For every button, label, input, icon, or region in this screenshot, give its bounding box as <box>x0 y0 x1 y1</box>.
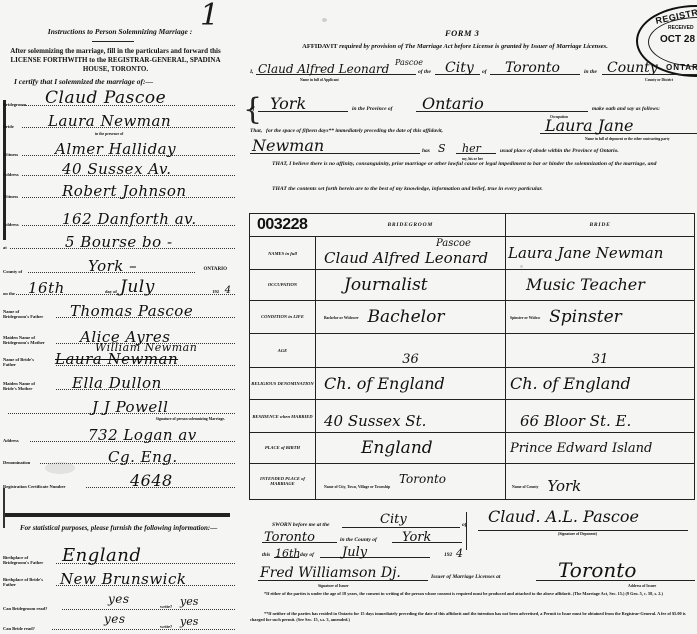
groom-value: England <box>316 433 506 463</box>
bride-cell: Spinster or Widow Spinster <box>506 300 695 333</box>
field-caption: County or District <box>645 78 673 82</box>
field-label: Denomination <box>3 460 45 465</box>
row-label: RESIDENCE when MARRIED <box>250 400 316 433</box>
affidavit-line-residency: That, for the space of fifteen days** im… <box>250 120 697 136</box>
line-text: in the <box>584 69 597 75</box>
field-label: Maiden Name of Bridegroom's Mother <box>3 335 45 345</box>
scan-speck <box>520 265 523 268</box>
row-label: OCCUPATION <box>250 270 316 300</box>
field-address-2: Address 162 Danforth av. <box>0 208 235 228</box>
month-value: July <box>120 277 155 297</box>
field-value: Cg. Eng. <box>108 448 178 466</box>
divider <box>92 41 134 42</box>
certify-statement: I certify that I solemnized the marriage… <box>14 77 153 86</box>
field-value: 4648 <box>130 471 173 490</box>
row-label: NAMES in full <box>250 237 316 270</box>
county-name: York <box>270 94 306 113</box>
affidavit-heading: AFFIDAVIT required by provision of The M… <box>290 42 620 52</box>
place-type: City <box>445 60 474 76</box>
line-text: of <box>250 106 255 112</box>
place-type: City <box>380 512 407 527</box>
row-label: PLACE of BIRTH <box>250 433 316 463</box>
field-value: Ella Dullon <box>72 374 162 392</box>
field-witness-2: Witness Robert Johnson <box>0 180 235 200</box>
county-name: York <box>402 530 431 545</box>
field-bridegroom: Bridegroom Claud Pascoe <box>0 88 235 108</box>
province-label: ONTARIO <box>203 267 227 272</box>
row-label: INTENDED PLACE of MARRIAGE <box>250 463 316 499</box>
bride-value: 31 <box>506 333 695 367</box>
groom-value: Claud Alfred Leonard <box>324 249 488 267</box>
groom-value: Ch. of England <box>316 368 506 400</box>
year-digit: 4 <box>225 285 231 296</box>
field-value: 5 Bourse bo - <box>65 233 173 251</box>
issuer-address: Toronto <box>558 558 636 582</box>
line-text: That, <box>250 128 262 134</box>
affidavit-paragraph-truth: THAT the contents set forth herein are t… <box>250 186 695 193</box>
table-row: AGE 36 31 <box>250 333 695 367</box>
deponent-signature: Claud. A.L. Pascoe <box>488 507 639 526</box>
field-line <box>62 609 235 610</box>
form-number: FORM 3 <box>445 28 479 38</box>
underline <box>342 527 460 528</box>
line-text: in the County of <box>340 537 377 543</box>
affidavit-line-applicant: I, Claud Alfred Leonard Pascoe Name in f… <box>250 61 697 77</box>
groom-value: Journalist <box>316 270 506 300</box>
field-value: York – <box>88 257 137 275</box>
field-officiant-signature: J J Powell Signature of person solemnizi… <box>0 396 235 416</box>
day-value: 16th <box>28 279 65 297</box>
field-value: Thomas Pascoe <box>70 302 193 320</box>
deponent-signature-block: Claud. A.L. Pascoe (Signature of Deponen… <box>478 507 688 537</box>
underline <box>320 557 430 558</box>
handwritten-mark: S <box>438 142 446 155</box>
sworn-row-2: Toronto in the County of York <box>262 531 472 545</box>
table-row: OCCUPATION Journalist Music Teacher <box>250 270 695 300</box>
line-text: has <box>422 148 430 154</box>
groom-value: 36 <box>316 333 506 367</box>
cell-caption: Name of City, Town, Village or Township <box>324 485 390 489</box>
affidavit-heading-text: required by provision of The Marriage Ac… <box>339 43 608 50</box>
line-text: make oath and say as follows: <box>592 106 660 112</box>
line-text: SWORN before me at the <box>272 522 329 528</box>
field-label: Birthplace of Bridegroom's Father <box>3 555 45 565</box>
cell-caption: Name of County <box>512 485 539 489</box>
field-label: Birthplace of Bride's Father <box>3 577 45 587</box>
field-value: Claud Pascoe <box>45 88 166 108</box>
column-header-bridegroom: BRIDEGROOM <box>316 214 506 237</box>
bride-value: Laura Jane Newman <box>506 237 695 270</box>
field-registration-number: Registration Certificate Number 4648 <box>0 470 235 490</box>
affidavit-line-abode: Newman has S her my, his or her usual pl… <box>250 140 697 156</box>
groom-value: 40 Sussex St. <box>316 400 506 433</box>
field-value: New Brunswick <box>60 570 186 588</box>
row-label: AGE <box>250 333 316 367</box>
field-label: Name of Bride's Father <box>3 357 45 367</box>
field-bride-father-birthplace: Birthplace of Bride's Father New Brunswi… <box>0 568 235 588</box>
field-value: 40 Sussex Av. <box>62 160 171 178</box>
address-caption: Address of Issuer <box>628 584 656 588</box>
field-groom-literacy: Can Bridegroom read? yes write? yes <box>0 592 235 612</box>
bride-value: Prince Edward Island <box>506 433 695 463</box>
sworn-row-1: SWORN before me at the City of <box>262 516 472 530</box>
solemnization-return-panel: 1 Instructions to Person Solemnizing Mar… <box>0 0 245 634</box>
signature-caption: (Signature of Deponent) <box>558 532 597 536</box>
year-digit: 4 <box>456 547 463 560</box>
bride-value: Music Teacher <box>506 270 695 300</box>
footnote-residency: **If neither of the parties has resided … <box>250 611 695 623</box>
city-name: Toronto <box>264 530 315 545</box>
instructions-title: Instructions to Person Solemnizing Marri… <box>30 27 210 36</box>
field-value: Robert Johnson <box>62 182 187 200</box>
issuer-label: Issuer of Marriage Licenses at <box>431 574 500 580</box>
affidavit-heading-bold: AFFIDAVIT <box>302 43 337 50</box>
signature-line <box>478 530 688 531</box>
month-value: July <box>342 545 367 560</box>
line-text: day of <box>300 552 314 558</box>
double-divider <box>5 513 230 517</box>
county-word: County <box>607 60 658 76</box>
bride-value: York <box>547 477 581 495</box>
cell-caption: Spinster or Widow <box>510 316 540 320</box>
field-date: on the 16th day of July 192 4 <box>0 277 235 297</box>
read-value: yes <box>104 612 126 626</box>
field-groom-father: Name of Bridegroom's Father Thomas Pasco… <box>0 300 235 320</box>
field-value: Laura Newman <box>48 112 171 130</box>
day-value: 16th <box>275 547 301 560</box>
groom-cell: Bachelor or Widower Bachelor <box>316 300 506 333</box>
field-bride-literacy: Can Bride read? yes write? yes <box>0 612 235 632</box>
field-value: 162 Danforth av. <box>62 210 197 228</box>
field-witness-1: Witness Almer Halliday <box>0 138 235 158</box>
bride-cell: Name of County York <box>506 463 695 499</box>
field-at: at 5 Bourse bo - <box>0 231 235 251</box>
affidavit-line-county: of York in the Province of Ontario Occup… <box>250 98 697 114</box>
place-name: Toronto <box>505 60 560 76</box>
officiant-signature: J J Powell <box>92 398 168 416</box>
write-value: yes <box>180 595 198 608</box>
table-row: CONDITION in LIFE Bachelor or Widower Ba… <box>250 300 695 333</box>
table-row: RESIDENCE when MARRIED 40 Sussex St. 66 … <box>250 400 695 433</box>
affidavit-paragraph-impediment: THAT, I believe there is no affinity, co… <box>250 161 695 168</box>
field-caption: in the presence of <box>95 132 123 136</box>
day-of-label: day of <box>105 289 117 294</box>
issuer-signature: Fred Williamson Dj. <box>260 565 401 581</box>
table-header-row: 003228 BRIDEGROOM BRIDE <box>250 214 695 237</box>
year-label: 192 <box>212 289 219 294</box>
particulars-table: 003228 BRIDEGROOM BRIDE NAMES in full Pa… <box>249 213 695 500</box>
groom-value: Bachelor <box>368 307 445 327</box>
line-text: I, <box>250 69 254 75</box>
groom-surname-insert: Pascoe <box>436 238 471 249</box>
year-label: 192 <box>444 552 452 558</box>
pronoun: her <box>462 142 481 155</box>
field-denomination: Denomination Cg. Eng. <box>0 446 235 466</box>
scan-smudge <box>45 462 75 474</box>
field-caption: Name in full of Applicant <box>300 78 339 82</box>
other-party-surname: Newman <box>252 136 324 155</box>
bracket <box>466 512 467 550</box>
field-county: County of York – ONTARIO <box>0 255 235 275</box>
field-label: Maiden Name of Bride's Mother <box>3 381 45 391</box>
cell-caption: Bachelor or Widower <box>324 316 359 320</box>
sworn-row-3: this 16th day of July 192 4 <box>262 546 472 560</box>
serial-number: 003228 <box>250 214 316 237</box>
line-text: for the space of fifteen days** immediat… <box>266 128 443 134</box>
province-name: Ontario <box>422 94 484 113</box>
stamp-received: RECEIVED <box>668 25 694 31</box>
scan-speck <box>322 18 327 22</box>
field-line <box>52 629 235 630</box>
groom-cell: Name of City, Town, Village or Township … <box>316 463 506 499</box>
groom-cell: Pascoe Claud Alfred Leonard <box>316 237 506 270</box>
table-row: NAMES in full Pascoe Claud Alfred Leonar… <box>250 237 695 270</box>
applicant-surname-insert: Pascoe <box>395 58 423 67</box>
line-text: this <box>262 552 270 558</box>
applicant-name: Claud Alfred Leonard <box>258 62 389 76</box>
field-bride-father: Name of Bride's Father Laura Newman Will… <box>0 348 235 368</box>
other-party-name: Laura Jane <box>545 116 633 135</box>
field-bride: Bride Laura Newman in the presence of <box>0 110 235 130</box>
statistical-instructions: For statistical purposes, please furnish… <box>20 524 235 533</box>
row-label: RELIGIOUS DENOMINATION <box>250 368 316 400</box>
field-label: Name of Bridegroom's Father <box>3 309 45 319</box>
table-row: INTENDED PLACE of MARRIAGE Name of City,… <box>250 463 695 499</box>
read-value: yes <box>108 592 130 606</box>
table-row: PLACE of BIRTH England Prince Edward Isl… <box>250 433 695 463</box>
field-bride-mother: Maiden Name of Bride's Mother Ella Dullo… <box>0 372 235 392</box>
field-label: Registration Certificate Number <box>3 484 83 489</box>
line-text: in the Province of <box>352 106 392 112</box>
field-officiant-address: Address 732 Logan av <box>0 424 235 444</box>
instructions-text: After solemnizing the marriage, fill in … <box>3 47 228 74</box>
field-address-1: Address 40 Sussex Av. <box>0 158 235 178</box>
bride-value: Ch. of England <box>506 368 695 400</box>
signature-caption: Signature of Issuer <box>318 584 349 588</box>
margin-bar <box>3 488 5 528</box>
field-groom-father-birthplace: Birthplace of Bridegroom's Father Englan… <box>0 546 235 566</box>
field-value: England <box>62 545 141 566</box>
write-label: write? <box>160 624 172 629</box>
field-label: Can Bridegroom read? <box>3 606 63 611</box>
write-label: write? <box>160 604 172 609</box>
line-text: of the <box>418 69 431 75</box>
write-value: yes <box>180 615 198 628</box>
column-header-bride: BRIDE <box>506 214 695 237</box>
bride-value: Spinster <box>549 307 622 327</box>
line-text: usual place of abode within the Province… <box>500 148 619 154</box>
footnote-age: *If either of the parties is under the a… <box>250 591 695 597</box>
line-text: of <box>482 69 487 75</box>
groom-value: Toronto <box>399 472 446 486</box>
table-row: RELIGIOUS DENOMINATION Ch. of England Ch… <box>250 368 695 400</box>
field-correction: William Newman <box>95 341 197 354</box>
stamp-date: OCT 28 <box>660 34 695 45</box>
row-label: CONDITION in LIFE <box>250 300 316 333</box>
issuer-block: Fred Williamson Dj. Signature of Issuer … <box>258 561 695 583</box>
field-value: Almer Halliday <box>55 140 176 158</box>
signature-caption: Signature of person solemnizing Marriage… <box>156 417 225 421</box>
marriage-license-document: 1 Instructions to Person Solemnizing Mar… <box>0 0 697 634</box>
field-value: 732 Logan av <box>88 426 197 444</box>
bride-value: 66 Bloor St. E. <box>506 400 695 433</box>
sworn-block: SWORN before me at the City of Toronto i… <box>262 510 462 560</box>
